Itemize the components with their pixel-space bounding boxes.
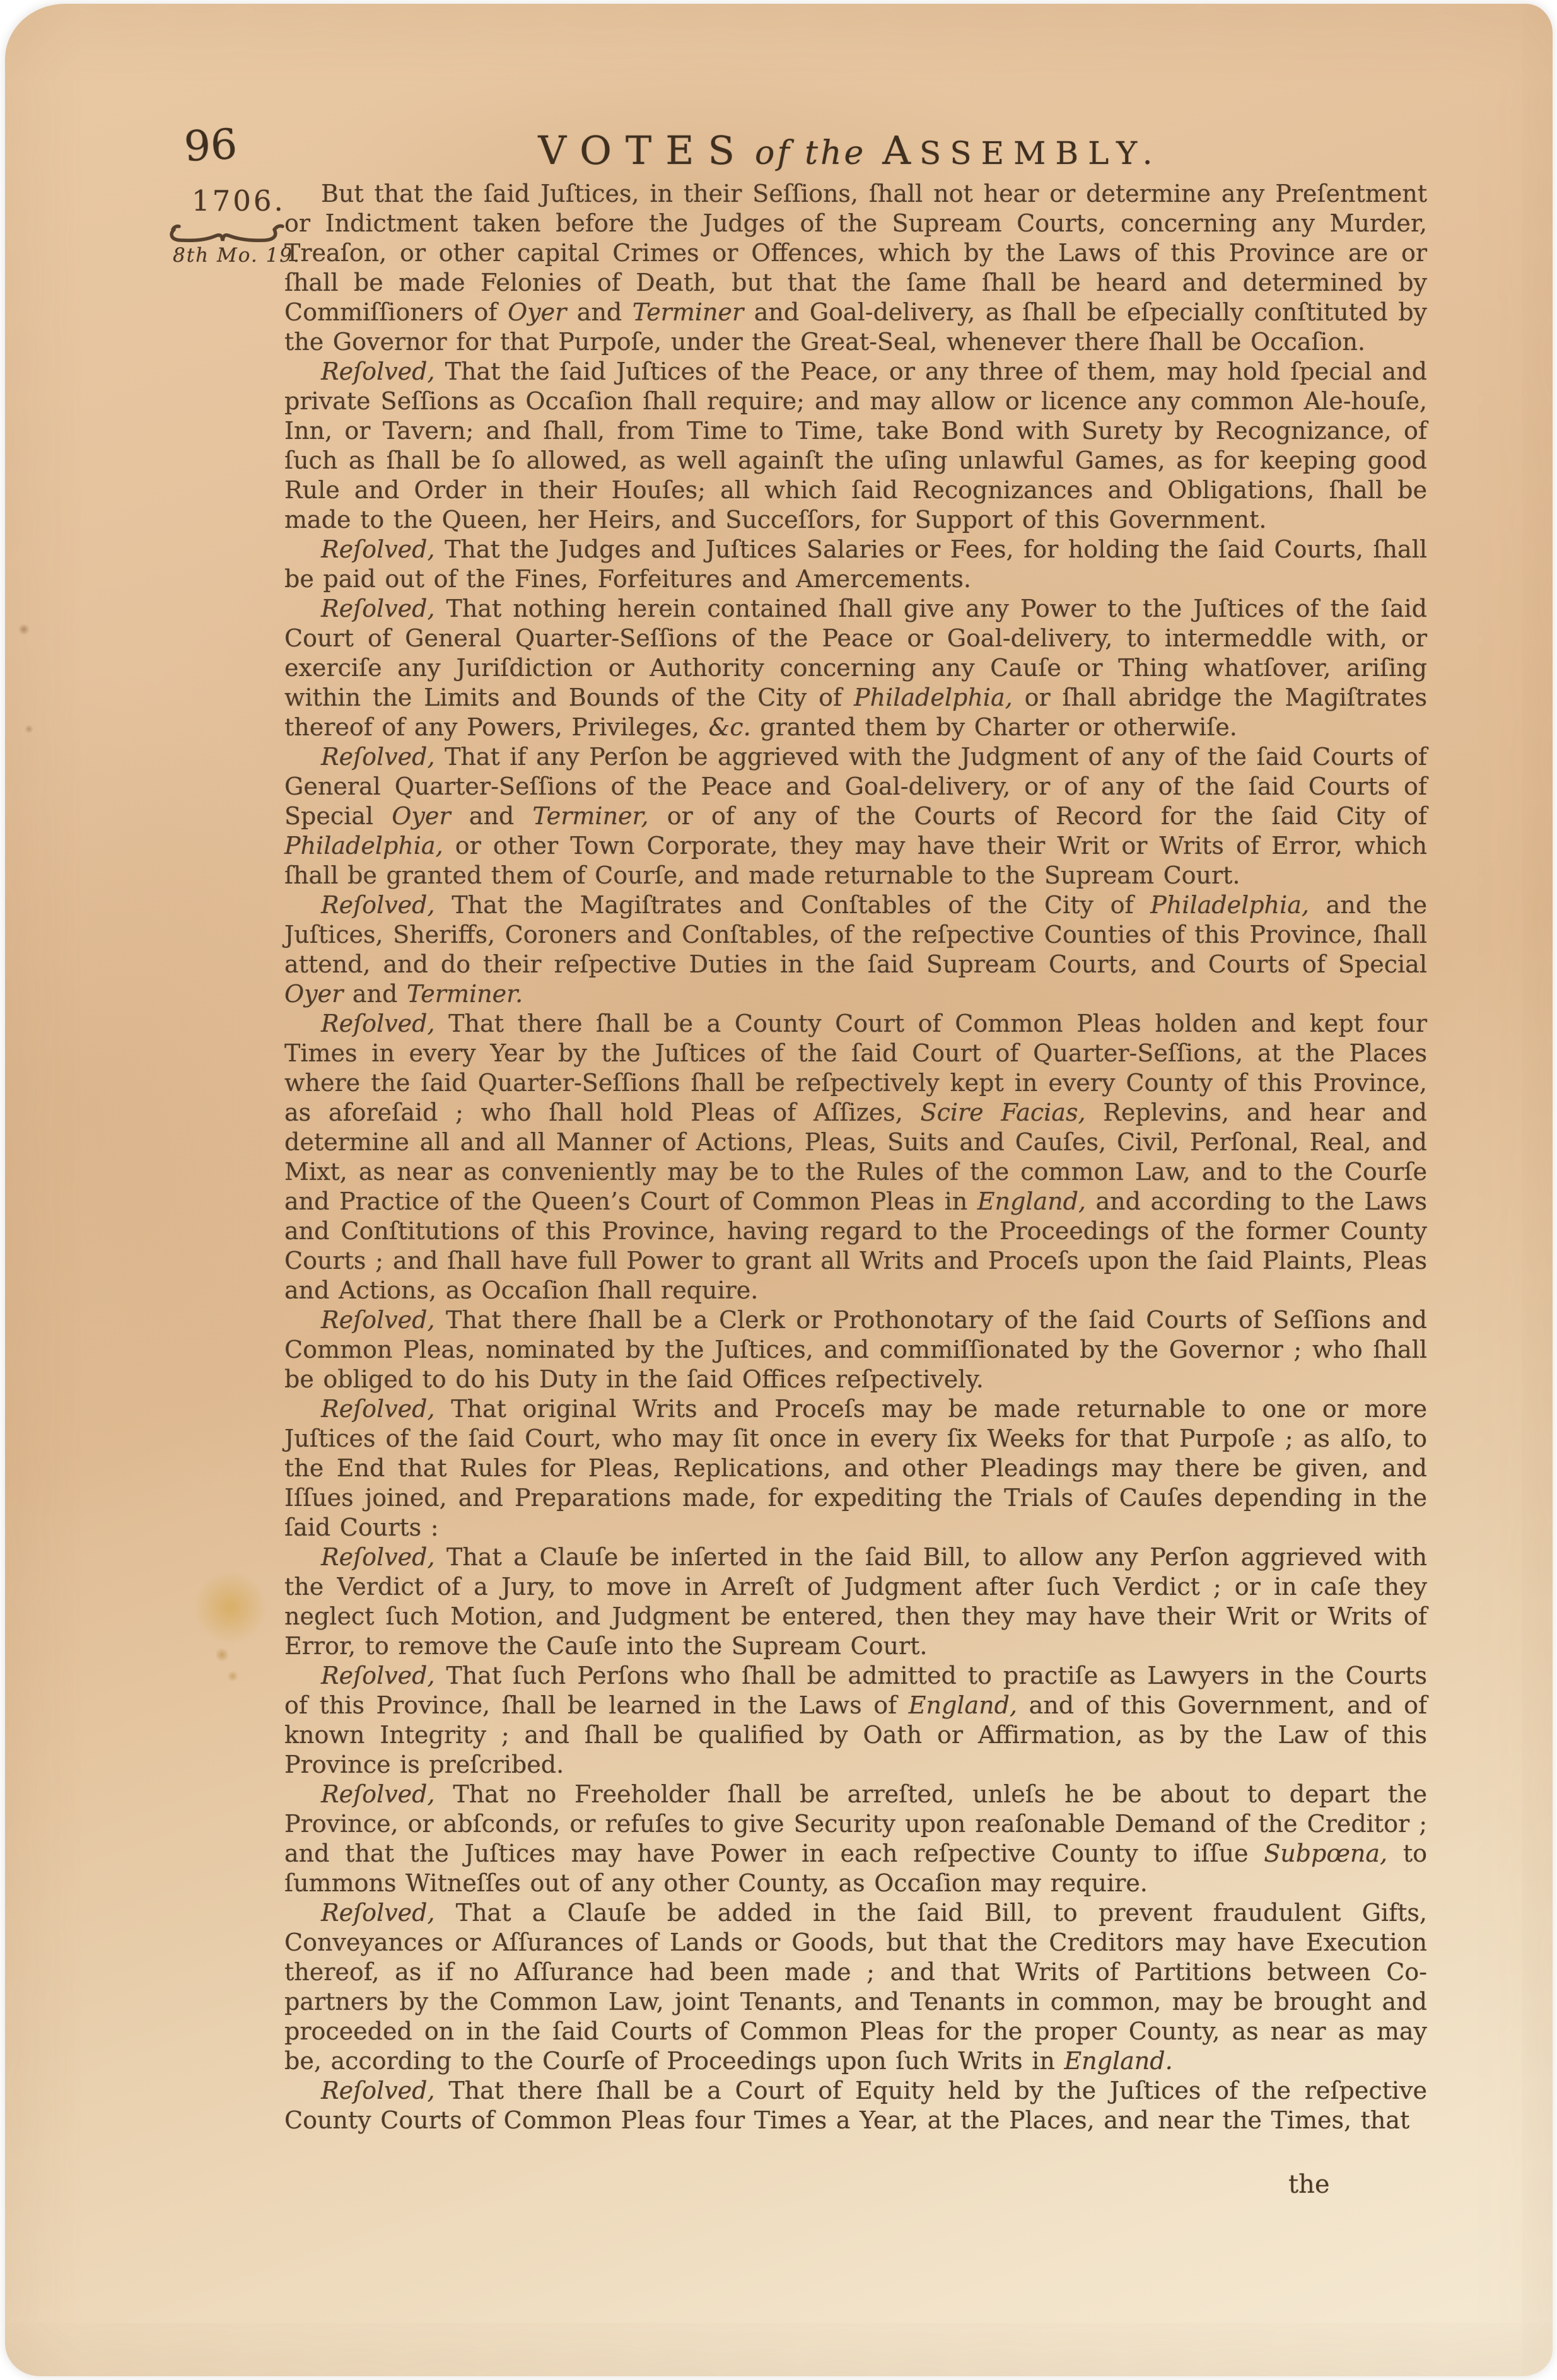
italic-phrase: Philadelphia, <box>854 684 1013 711</box>
italic-phrase: Reſolved, <box>321 1306 435 1334</box>
italic-phrase: &c. <box>708 713 750 741</box>
italic-phrase: Philadelphia, <box>1150 891 1309 919</box>
italic-phrase: Terminer <box>633 298 744 326</box>
italic-phrase: England, <box>909 1691 1017 1719</box>
paragraph: Reſolved, That original Writs and Proceſ… <box>284 1394 1427 1543</box>
scanned-page-background: { "page": { "number": "96", "header": { … <box>0 0 1557 2380</box>
italic-phrase: Subpœna, <box>1264 1840 1387 1867</box>
title-votes: VOTES <box>538 127 749 173</box>
italic-phrase: Reſolved, <box>321 1780 435 1808</box>
title-of-the: of the <box>755 134 866 172</box>
paragraph: Reſolved, That the ſaid Juſtices of the … <box>284 357 1427 535</box>
page-title: VOTESof theASSEMBLY. <box>333 131 1367 170</box>
paragraph: Reſolved, That there ſhall be a Clerk or… <box>284 1305 1427 1394</box>
paragraph: Reſolved, That ſuch Perſons who ſhall be… <box>284 1661 1427 1780</box>
italic-phrase: Reſolved, <box>321 1543 435 1571</box>
margin-note-year: 1706. <box>192 187 286 215</box>
italic-phrase: Reſolved, <box>321 358 435 385</box>
paragraph: Reſolved, That if any Perſon be aggrieve… <box>284 742 1427 890</box>
page-number: 96 <box>183 124 238 168</box>
italic-phrase: Terminer. <box>407 980 523 1008</box>
italic-phrase: Terminer, <box>532 802 648 830</box>
paragraph: Reſolved, That a Clauſe be inſerted in t… <box>284 1543 1427 1661</box>
paragraph: Reſolved, That there ſhall be a County C… <box>284 1009 1427 1305</box>
italic-phrase: Reſolved, <box>321 1010 435 1037</box>
italic-phrase: Reſolved, <box>321 2077 435 2104</box>
title-assembly-initial: A <box>882 127 919 173</box>
paragraph: Reſolved, That no Freeholder ſhall be ar… <box>284 1780 1427 1898</box>
paragraph: Reſolved, That a Clauſe be added in the … <box>284 1898 1427 2076</box>
paragraph: But that the ſaid Juſtices, in their Seſ… <box>284 179 1427 357</box>
italic-phrase: Oyer <box>392 802 450 830</box>
italic-phrase: Reſolved, <box>321 535 435 563</box>
italic-phrase: England, <box>977 1187 1086 1215</box>
italic-phrase: Reſolved, <box>321 1899 435 1927</box>
margin-note-date: 8th Mo. 19. <box>173 246 301 265</box>
italic-phrase: Reſolved, <box>321 1662 435 1689</box>
italic-phrase: Reſolved, <box>321 891 435 919</box>
italic-phrase: England. <box>1064 2047 1172 2075</box>
paragraph: Reſolved, That nothing herein contained … <box>284 594 1427 742</box>
paragraph: Reſolved, That the Judges and Juſtices S… <box>284 535 1427 594</box>
italic-phrase: Reſolved, <box>321 1395 435 1423</box>
italic-phrase: Scire Facias, <box>921 1099 1086 1126</box>
title-assembly-rest: SSEMBLY. <box>919 135 1162 172</box>
italic-phrase: Reſolved, <box>321 595 435 622</box>
italic-phrase: Reſolved, <box>321 743 435 771</box>
italic-phrase: Oyer <box>508 298 566 326</box>
paragraph: Reſolved, That the Magiſtrates and Conſt… <box>284 890 1427 1009</box>
italic-phrase: Oyer <box>284 980 343 1008</box>
text-column: But that the ſaid Juſtices, in their Seſ… <box>284 179 1427 2135</box>
document-page: 96 VOTESof theASSEMBLY. 1706. 8th Mo. 19… <box>5 4 1553 2376</box>
paragraph: Reſolved, That there ſhall be a Court of… <box>284 2076 1427 2135</box>
italic-phrase: Philadelphia, <box>284 832 443 860</box>
catchword: the <box>1288 2172 1330 2197</box>
